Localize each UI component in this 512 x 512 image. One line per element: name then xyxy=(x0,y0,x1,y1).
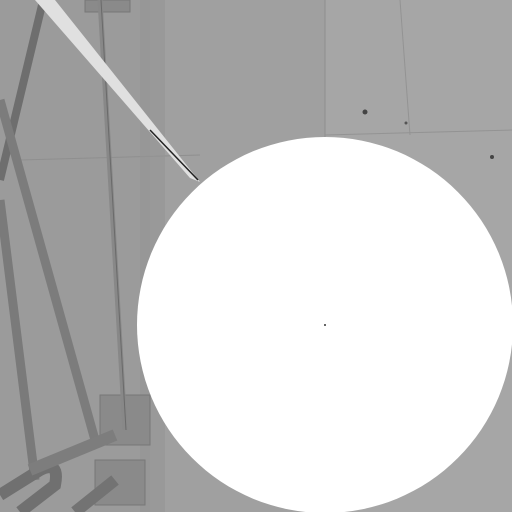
wall-speck xyxy=(363,110,368,115)
wall-speck xyxy=(405,122,408,125)
wall-speck xyxy=(490,155,494,159)
photo-scene xyxy=(0,0,512,512)
center-dot xyxy=(324,324,326,326)
floor-tile xyxy=(85,0,130,12)
